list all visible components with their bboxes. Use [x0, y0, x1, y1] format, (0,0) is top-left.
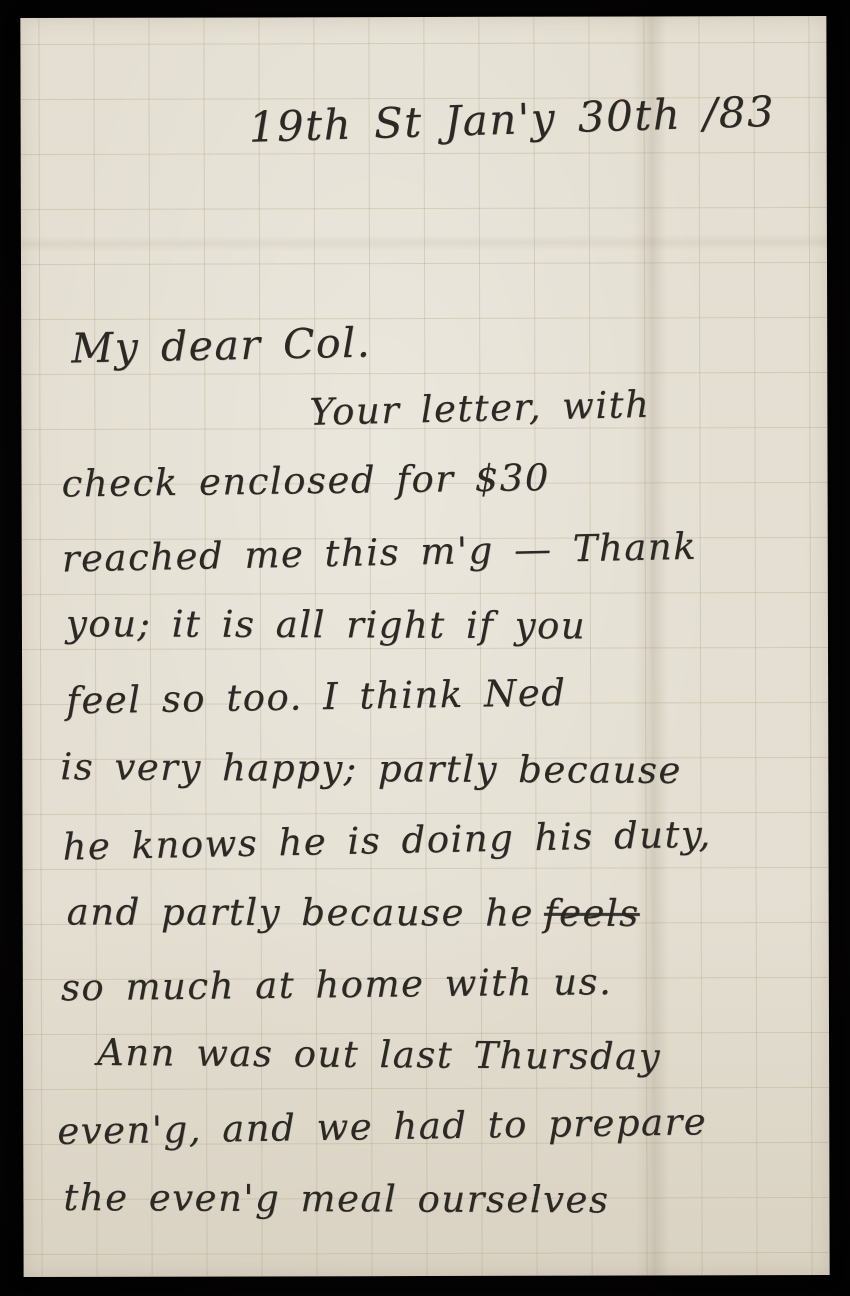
- letter-line: check enclosed for $30: [61, 456, 550, 505]
- photo-backdrop: 19th St Jan'y 30th /83 My dear Col. Your…: [0, 0, 850, 1296]
- letter-line: even'g, and we had to prepare: [57, 1100, 707, 1153]
- letter-line: Ann was out last Thursday: [97, 1031, 661, 1078]
- paper-fold-crease-vertical: [632, 16, 669, 1275]
- salutation: My dear Col.: [71, 319, 372, 373]
- letter-line: is very happy; partly because: [60, 745, 682, 792]
- letter-page: 19th St Jan'y 30th /83 My dear Col. Your…: [20, 16, 829, 1277]
- letter-line: feel so too. I think Ned: [66, 671, 567, 722]
- dateline: 19th St Jan'y 30th /83: [248, 87, 776, 152]
- paper-fold-crease-horizontal: [21, 234, 827, 252]
- letter-line: reached me this m'g — Thank: [61, 525, 697, 581]
- letter-line: the even'g meal ourselves: [63, 1176, 609, 1221]
- letter-line: Your letter, with: [309, 383, 651, 434]
- letter-line: and partly because hefeels: [67, 890, 640, 935]
- letter-line: you; it is all right if you: [66, 602, 586, 647]
- letter-line-text: and partly because he: [67, 890, 534, 934]
- letter-line: so much at home with us.: [61, 960, 613, 1009]
- struck-word: feels: [544, 892, 640, 935]
- letter-line: he knows he is doing his duty,: [62, 813, 712, 869]
